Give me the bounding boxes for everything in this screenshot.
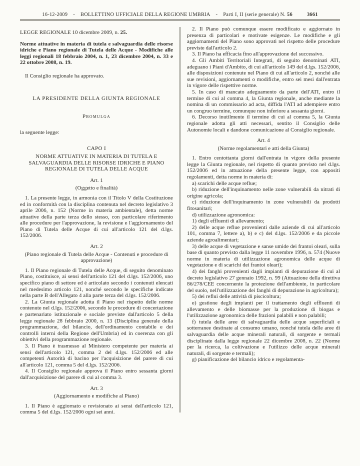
header-separator: - xyxy=(73,12,75,18)
law-number: 25. xyxy=(120,30,127,36)
paragraph: 2) delle acque reflue provenienti dalle … xyxy=(187,224,340,243)
paragraph: 1. Entro centottanta giorni dall'entrata… xyxy=(187,155,340,180)
paragraph: g) pianificazione del bilancio idrico e … xyxy=(187,357,340,363)
paragraph: 1. Il Piano regionale di Tutela delle Ac… xyxy=(20,267,173,298)
article-subtitle: (Aggiornamento e modifiche al Piano) xyxy=(20,393,173,399)
paragraph: 1. Il Piano è aggiornato e revisionato a… xyxy=(20,403,173,416)
law-summary: Norme attuative in materia di tutela e s… xyxy=(20,41,173,66)
bulletin-title: BOLLETTINO UFFICIALE DELLA REGIONE UMBRI… xyxy=(80,12,210,18)
column-divider xyxy=(180,27,181,412)
edition-info: Parti I, II (serie generale) N. 56 xyxy=(223,12,292,18)
paragraph: b) riduzione dell'inquinamento nelle zon… xyxy=(187,187,340,200)
article-heading: Art. 3 xyxy=(20,385,173,391)
promulgation-line: LA PRESIDENTE DELLA GIUNTA REGIONALE xyxy=(20,95,173,101)
paragraph: 4. Gli Ambiti Territoriali Integrati, di… xyxy=(187,57,340,88)
paragraph: f) tutela delle aree di salvaguardia del… xyxy=(187,319,340,357)
law-title: LEGGE REGIONALE 10 dicembre 2009, n. 25. xyxy=(20,30,173,36)
paragraph: Il Consiglio regionale ha approvato. xyxy=(20,73,173,79)
paragraph: 4) dei fanghi provenienti dagli impianti… xyxy=(187,268,340,293)
right-column-blocks: 2. Il Piano può comunque essere modifica… xyxy=(187,26,340,363)
paragraph: 4. Il Consiglio regionale approva il Pia… xyxy=(20,368,173,381)
paragraph: e) gestione degli impianti per il tratta… xyxy=(187,300,340,319)
paragraph: 6. Decorso inutilmente il termine di cui… xyxy=(187,114,340,133)
paragraph: la seguente legge: xyxy=(20,129,173,135)
paragraph: 2. La Giunta regionale adotta il Piano n… xyxy=(20,299,173,343)
article-subtitle: (Norme regolamentari e atti della Giunta… xyxy=(187,145,340,151)
article-heading: Art. 1 xyxy=(20,177,173,183)
article-subtitle: (Oggetto e finalità) xyxy=(20,185,173,191)
paragraph: 3) delle acque di vegetazione e sanse um… xyxy=(187,243,340,268)
publication-date: 16-12-2009 xyxy=(42,12,68,18)
left-column-blocks: Norme attuative in materia di tutela e s… xyxy=(20,41,173,416)
paragraph: 5. In caso di mancato adeguamento da par… xyxy=(187,89,340,114)
running-head: 16-12-2009 - BOLLETTINO UFFICIALE DELLA … xyxy=(20,12,340,18)
paragraph: 1. La presente legge, in armonia con il … xyxy=(20,195,173,239)
paragraph: c) riduzione dell'inquinamento in zone v… xyxy=(187,199,340,212)
article-subtitle: (Piano regionale di Tutela delle Acque -… xyxy=(20,251,173,264)
section-heading: CAPO I xyxy=(20,146,173,152)
article-heading: Art. 2 xyxy=(20,244,173,250)
paragraph: 2. Il Piano può comunque essere modifica… xyxy=(187,26,340,51)
header-rule xyxy=(20,20,340,21)
left-column: LEGGE REGIONALE 10 dicembre 2009, n. 25.… xyxy=(20,26,173,415)
section-title: NORME ATTUATIVE IN MATERIA DI TUTELA E S… xyxy=(20,153,173,172)
page-number: 3661 xyxy=(307,12,318,18)
text-columns: LEGGE REGIONALE 10 dicembre 2009, n. 25.… xyxy=(20,26,340,415)
header-separator: - xyxy=(216,12,218,18)
paragraph: 3. Il Piano è trasmesso al Ministero com… xyxy=(20,343,173,368)
promulga-formula: Promulga xyxy=(20,114,173,120)
right-column: 2. Il Piano può comunque essere modifica… xyxy=(187,26,340,415)
article-heading: Art. 4 xyxy=(187,138,340,144)
gazette-page: 16-12-2009 - BOLLETTINO UFFICIALE DELLA … xyxy=(0,0,360,466)
issue-number: 56 xyxy=(287,12,292,18)
